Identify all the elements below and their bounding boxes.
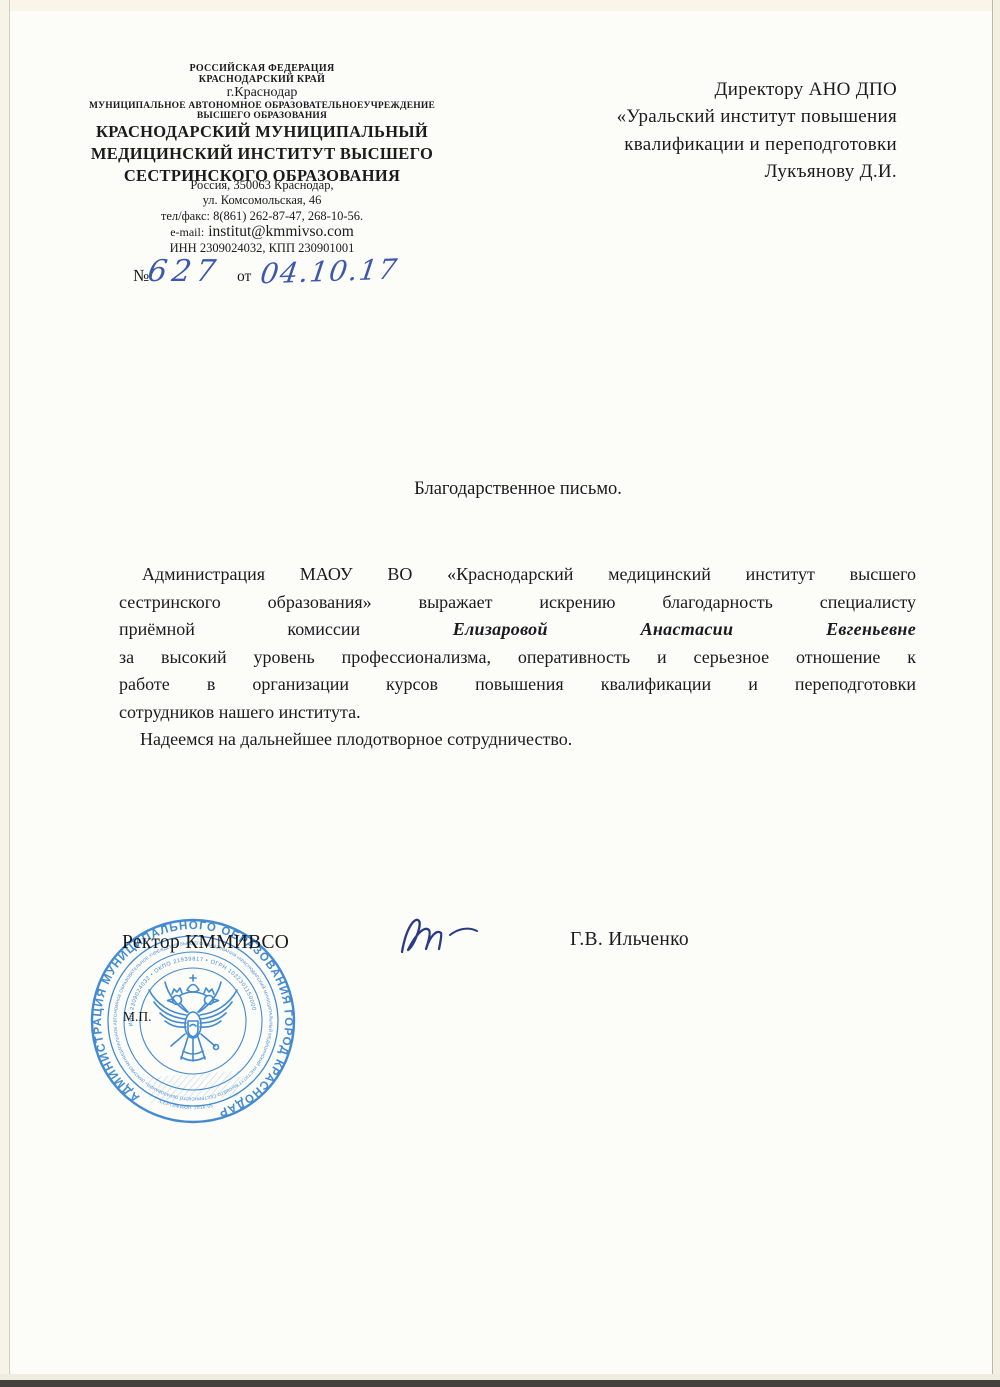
letterhead-region: КРАСНОДАРСКИЙ КРАЙ	[62, 74, 462, 85]
body-line-3: приёмной комиссии Елизаровой Анастасии Е…	[119, 616, 916, 644]
letterhead-city: г.Краснодар	[62, 85, 462, 101]
scan-edge-left	[0, 0, 10, 1387]
letterhead-phone: тел/факс: 8(861) 262-87-47, 268-10-56.	[62, 209, 462, 224]
email-address: institut@kmmivso.com	[208, 223, 354, 240]
letter-body: Администрация МАОУ ВО «Краснодарский мед…	[119, 561, 916, 754]
letterhead-org-name-1: КРАСНОДАРСКИЙ МУНИЦИПАЛЬНЫЙ	[62, 122, 462, 142]
double-headed-eagle-icon	[149, 975, 237, 1061]
letterhead-org-type-2: ВЫСШЕГО ОБРАЗОВАНИЯ	[62, 111, 462, 121]
body-line-2: сестринского образования» выражает искре…	[119, 589, 916, 617]
honoree-name: Елизаровой Анастасии Евгеньевне	[453, 619, 916, 639]
handwritten-signature-icon	[392, 908, 492, 960]
body-line-3-word-2: комиссии	[287, 619, 360, 639]
addressee-line-1: Директору АНО ДПО	[417, 79, 897, 101]
scanned-letter-page: РОССИЙСКАЯ ФЕДЕРАЦИЯ КРАСНОДАРСКИЙ КРАЙ …	[0, 0, 1000, 1387]
official-round-stamp: АДМИНИСТРАЦИЯ МУНИЦИПАЛЬНОГО ОБРАЗОВАНИЯ…	[87, 915, 299, 1127]
addressee-line-3: квалификации и переподготовки	[417, 134, 897, 156]
body-line-4: за высокий уровень профессионализма, опе…	[119, 644, 916, 672]
body-line-1: Администрация МАОУ ВО «Краснодарский мед…	[119, 561, 916, 589]
scan-edge-top	[0, 0, 1000, 11]
scan-edge-right	[993, 0, 1000, 1387]
handwritten-ref-number: 627	[146, 254, 223, 289]
addressee-line-2: «Уральский институт повышения	[417, 106, 897, 128]
letterhead-email-line: e-mail: institut@kmmivso.com	[62, 223, 462, 241]
body-line-6: сотрудников нашего института.	[119, 699, 916, 727]
email-label: e-mail:	[170, 225, 204, 239]
body-line-7: Надеемся на дальнейшее плодотворное сотр…	[119, 726, 916, 754]
letterhead-inn-kpp: ИНН 2309024032, КПП 230901001	[62, 241, 462, 256]
letterhead-address-1: Россия, 350063 Краснодар,	[62, 178, 462, 193]
document-title: Благодарственное письмо.	[36, 479, 1000, 500]
body-line-5: работе в организации курсов повышения кв…	[119, 671, 916, 699]
ref-date-label: от	[237, 268, 251, 286]
handwritten-ref-date: 04.10.17	[258, 253, 400, 291]
body-line-3-word-1: приёмной	[119, 619, 195, 639]
signer-name: Г.В. Ильченко	[570, 929, 689, 951]
letterhead-org-name-2: МЕДИЦИНСКИЙ ИНСТИТУТ ВЫСШЕГО	[62, 144, 462, 164]
scan-edge-bottom-dark	[0, 1380, 1000, 1387]
letterhead-country: РОССИЙСКАЯ ФЕДЕРАЦИЯ	[62, 63, 462, 74]
addressee-line-4: Лукъянову Д.И.	[417, 161, 897, 183]
letterhead-org-type-1: МУНИЦИПАЛЬНОЕ АВТОНОМНОЕ ОБРАЗОВАТЕЛЬНОЕ…	[62, 101, 462, 111]
letterhead-address-2: ул. Комсомольская, 46	[62, 193, 462, 208]
